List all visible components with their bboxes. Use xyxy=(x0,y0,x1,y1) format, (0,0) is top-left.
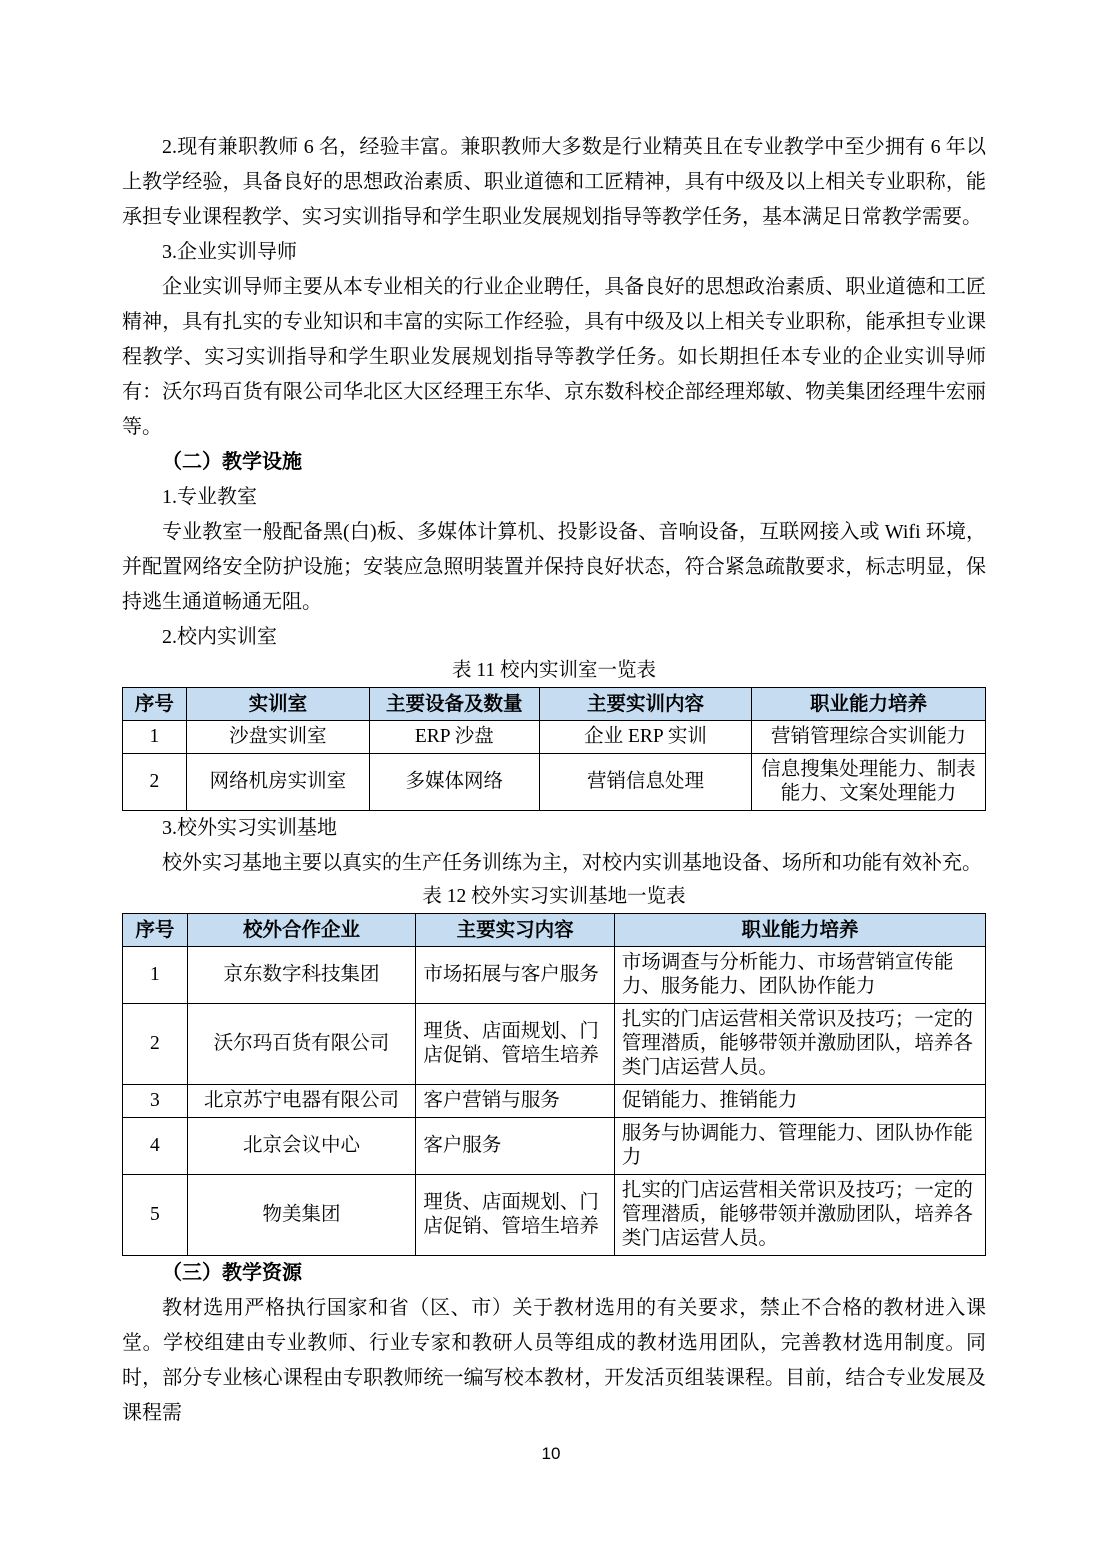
table-cell: 扎实的门店运营相关常识及技巧；一定的管理潜质，能够带领并激励团队，培养各类门店运… xyxy=(614,1175,985,1256)
table-cell: 企业 ERP 实训 xyxy=(539,721,751,754)
table-row: 2 沃尔玛百货有限公司 理货、店面规划、门店促销、管培生培养 扎实的门店运营相关… xyxy=(123,1004,986,1085)
paragraph-part-time-teachers: 2.现有兼职教师 6 名，经验丰富。兼职教师大多数是行业精英且在专业教学中至少拥… xyxy=(122,130,986,235)
table-header-cell: 主要实习内容 xyxy=(416,914,614,947)
table-row: 1 京东数字科技集团 市场拓展与客户服务 市场调查与分析能力、市场营销宣传能力、… xyxy=(123,947,986,1004)
page-content: 2.现有兼职教师 6 名，经验丰富。兼职教师大多数是行业精英且在专业教学中至少拥… xyxy=(122,130,986,1431)
table-cell: 理货、店面规划、门店促销、管培生培养 xyxy=(416,1175,614,1256)
table-cell: 物美集团 xyxy=(187,1175,416,1256)
table-cell: 3 xyxy=(123,1085,188,1118)
table-cell: 北京苏宁电器有限公司 xyxy=(187,1085,416,1118)
table-header-row: 序号 校外合作企业 主要实习内容 职业能力培养 xyxy=(123,914,986,947)
table-cell: 2 xyxy=(123,1004,188,1085)
table-header-row: 序号 实训室 主要设备及数量 主要实训内容 职业能力培养 xyxy=(123,688,986,721)
table-cell: 北京会议中心 xyxy=(187,1118,416,1175)
heading-item-enterprise-mentors: 3.企业实训导师 xyxy=(122,235,986,270)
table-header-cell: 主要设备及数量 xyxy=(369,688,539,721)
heading-item-campus-training-rooms: 2.校内实训室 xyxy=(122,620,986,655)
table-row: 1 沙盘实训室 ERP 沙盘 企业 ERP 实训 营销管理综合实训能力 xyxy=(123,721,986,754)
table-offcampus-training-bases: 序号 校外合作企业 主要实习内容 职业能力培养 1 京东数字科技集团 市场拓展与… xyxy=(122,913,986,1256)
table-cell: 促销能力、推销能力 xyxy=(614,1085,985,1118)
table-header-cell: 校外合作企业 xyxy=(187,914,416,947)
table-row: 2 网络机房实训室 多媒体网络 营销信息处理 信息搜集处理能力、制表能力、文案处… xyxy=(123,754,986,811)
table-12-caption: 表 12 校外实习实训基地一览表 xyxy=(122,881,986,913)
paragraph-classroom: 专业教室一般配备黑(白)板、多媒体计算机、投影设备、音响设备，互联网接入或 Wi… xyxy=(122,515,986,620)
table-cell: 2 xyxy=(123,754,187,811)
table-cell: 沙盘实训室 xyxy=(186,721,369,754)
table-row: 4 北京会议中心 客户服务 服务与协调能力、管理能力、团队协作能力 xyxy=(123,1118,986,1175)
table-header-cell: 序号 xyxy=(123,688,187,721)
table-cell: 市场调查与分析能力、市场营销宣传能力、服务能力、团队协作能力 xyxy=(614,947,985,1004)
table-cell: 服务与协调能力、管理能力、团队协作能力 xyxy=(614,1118,985,1175)
paragraph-offcampus-bases: 校外实习基地主要以真实的生产任务训练为主，对校内实训基地设备、场所和功能有效补充… xyxy=(122,846,986,881)
table-11-caption: 表 11 校内实训室一览表 xyxy=(122,655,986,687)
table-cell: 网络机房实训室 xyxy=(186,754,369,811)
table-cell: 扎实的门店运营相关常识及技巧；一定的管理潜质，能够带领并激励团队，培养各类门店运… xyxy=(614,1004,985,1085)
table-header-cell: 职业能力培养 xyxy=(752,688,986,721)
table-cell: 4 xyxy=(123,1118,188,1175)
heading-section-teaching-resources: （三）教学资源 xyxy=(122,1256,986,1291)
paragraph-enterprise-mentors: 企业实训导师主要从本专业相关的行业企业聘任，具备良好的思想政治素质、职业道德和工… xyxy=(122,270,986,445)
table-row: 3 北京苏宁电器有限公司 客户营销与服务 促销能力、推销能力 xyxy=(123,1085,986,1118)
table-header-cell: 实训室 xyxy=(186,688,369,721)
table-cell: 5 xyxy=(123,1175,188,1256)
table-cell: 理货、店面规划、门店促销、管培生培养 xyxy=(416,1004,614,1085)
heading-item-offcampus-bases: 3.校外实习实训基地 xyxy=(122,811,986,846)
document-page: 2.现有兼职教师 6 名，经验丰富。兼职教师大多数是行业精英且在专业教学中至少拥… xyxy=(0,0,1102,1559)
table-cell: 1 xyxy=(123,947,188,1004)
table-cell: 营销管理综合实训能力 xyxy=(752,721,986,754)
table-row: 5 物美集团 理货、店面规划、门店促销、管培生培养 扎实的门店运营相关常识及技巧… xyxy=(123,1175,986,1256)
table-header-cell: 职业能力培养 xyxy=(614,914,985,947)
heading-section-teaching-facilities: （二）教学设施 xyxy=(122,445,986,480)
table-campus-training-rooms: 序号 实训室 主要设备及数量 主要实训内容 职业能力培养 1 沙盘实训室 ERP… xyxy=(122,687,986,811)
table-cell: 1 xyxy=(123,721,187,754)
table-cell: 多媒体网络 xyxy=(369,754,539,811)
page-number: 10 xyxy=(0,1444,1102,1464)
table-header-cell: 主要实训内容 xyxy=(539,688,751,721)
table-cell: 信息搜集处理能力、制表能力、文案处理能力 xyxy=(752,754,986,811)
table-cell: 沃尔玛百货有限公司 xyxy=(187,1004,416,1085)
table-cell: 市场拓展与客户服务 xyxy=(416,947,614,1004)
paragraph-teaching-materials: 教材选用严格执行国家和省（区、市）关于教材选用的有关要求，禁止不合格的教材进入课… xyxy=(122,1291,986,1431)
table-cell: 营销信息处理 xyxy=(539,754,751,811)
table-cell: 客户服务 xyxy=(416,1118,614,1175)
table-cell: 京东数字科技集团 xyxy=(187,947,416,1004)
table-cell: 客户营销与服务 xyxy=(416,1085,614,1118)
table-cell: ERP 沙盘 xyxy=(369,721,539,754)
heading-item-classroom: 1.专业教室 xyxy=(122,480,986,515)
table-header-cell: 序号 xyxy=(123,914,188,947)
